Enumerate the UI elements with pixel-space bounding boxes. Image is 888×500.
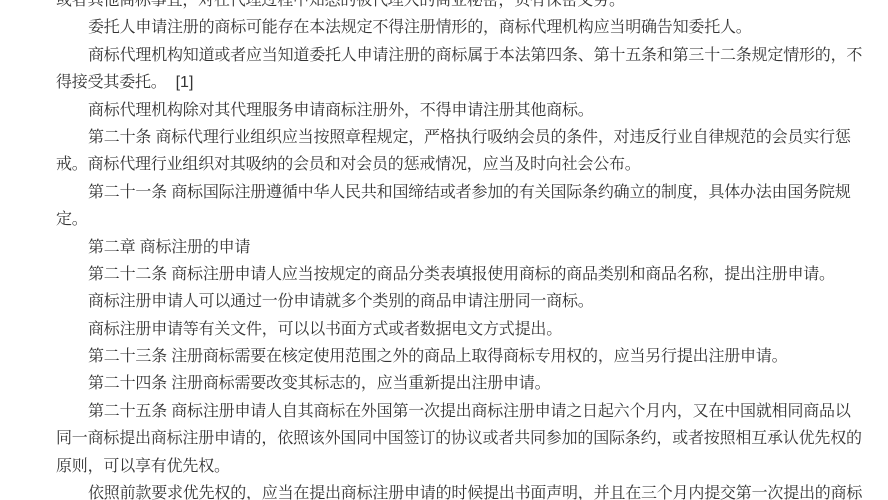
text-line-content: 得接受其委托。 — [56, 74, 167, 91]
text-line: 第二十五条 商标注册申请人自其商标在外国第一次提出商标注册申请之日起六个月内，又… — [56, 398, 856, 425]
text-line: 委托人申请注册的商标可能存在本法规定不得注册情形的，商标代理机构应当明确告知委托… — [56, 14, 856, 41]
text-line-content: 委托人申请注册的商标可能存在本法规定不得注册情形的，商标代理机构应当明确告知委托… — [88, 19, 752, 36]
text-line: 商标代理机构知道或者应当知道委托人申请注册的商标属于本法第四条、第十五条和第三十… — [56, 42, 856, 69]
citation-ref[interactable]: [1] — [176, 74, 194, 91]
text-line-content: 第二十三条 注册商标需要在核定使用范围之外的商品上取得商标专用权的，应当另行提出… — [88, 348, 787, 365]
text-line-content: 第二十二条 商标注册申请人应当按规定的商品分类表填报使用商标的商品类别和商品名称… — [88, 266, 835, 283]
text-line-content: 依照前款要求优先权的，应当在提出商标注册申请的时候提出书面声明，并且在三个月内提… — [88, 485, 862, 500]
text-line-content: 原则，可以享有优先权。 — [56, 458, 230, 475]
text-line-content: 商标代理机构知道或者应当知道委托人申请注册的商标属于本法第四条、第十五条和第三十… — [88, 47, 862, 64]
text-line: 得接受其委托。[1] — [56, 69, 856, 96]
text-line-content: 第二十条 商标代理行业组织应当按照章程规定，严格执行吸纳会员的条件，对违反行业自… — [88, 129, 851, 146]
text-line-content: 第二十一条 商标国际注册遵循中华人民共和国缔结或者参加的有关国际条约确立的制度，… — [88, 184, 851, 201]
text-line: 商标注册申请等有关文件，可以以书面方式或者数据电文方式提出。 — [56, 316, 856, 343]
text-line: 依照前款要求优先权的，应当在提出商标注册申请的时候提出书面声明，并且在三个月内提… — [56, 480, 856, 500]
text-line: 商标注册申请人可以通过一份申请就多个类别的商品申请注册同一商标。 — [56, 288, 856, 315]
text-line: 第二章 商标注册的申请 — [56, 234, 856, 261]
text-line: 原则，可以享有优先权。 — [56, 453, 856, 480]
text-line: 第二十一条 商标国际注册遵循中华人民共和国缔结或者参加的有关国际条约确立的制度，… — [56, 179, 856, 206]
text-line: 商标代理机构除对其代理服务申请商标注册外，不得申请注册其他商标。 — [56, 97, 856, 124]
text-line-content: 第二十五条 商标注册申请人自其商标在外国第一次提出商标注册申请之日起六个月内，又… — [88, 403, 851, 420]
text-line-content: 或者其他商标事宜，对在代理过程中知悉的被代理人的商业秘密，负有保密义务。 — [56, 0, 625, 9]
text-line: 第二十四条 注册商标需要改变其标志的，应当重新提出注册申请。 — [56, 370, 856, 397]
document-page: 或者其他商标事宜，对在代理过程中知悉的被代理人的商业秘密，负有保密义务。委托人申… — [0, 0, 888, 500]
text-line: 第二十二条 商标注册申请人应当按规定的商品分类表填报使用商标的商品类别和商品名称… — [56, 261, 856, 288]
text-line-content: 同一商标提出商标注册申请的，依照该外国同中国签订的协议或者共同参加的国际条约，或… — [56, 430, 862, 447]
text-line-content: 第二章 商标注册的申请 — [88, 239, 250, 256]
text-line-content: 商标代理机构除对其代理服务申请商标注册外，不得申请注册其他商标。 — [88, 102, 594, 119]
text-line: 或者其他商标事宜，对在代理过程中知悉的被代理人的商业秘密，负有保密义务。 — [56, 0, 856, 14]
text-line-content: 第二十四条 注册商标需要改变其标志的，应当重新提出注册申请。 — [88, 375, 550, 392]
text-line: 第二十三条 注册商标需要在核定使用范围之外的商品上取得商标专用权的，应当另行提出… — [56, 343, 856, 370]
text-line-content: 商标注册申请等有关文件，可以以书面方式或者数据电文方式提出。 — [88, 321, 562, 338]
text-line: 第二十条 商标代理行业组织应当按照章程规定，严格执行吸纳会员的条件，对违反行业自… — [56, 124, 856, 151]
text-line-content: 商标注册申请人可以通过一份申请就多个类别的商品申请注册同一商标。 — [88, 293, 594, 310]
text-line: 定。 — [56, 206, 856, 233]
text-line-content: 定。 — [56, 211, 88, 228]
text-line: 戒。商标代理行业组织对其吸纳的会员和对会员的惩戒情况，应当及时向社会公布。 — [56, 151, 856, 178]
text-line-content: 戒。商标代理行业组织对其吸纳的会员和对会员的惩戒情况，应当及时向社会公布。 — [56, 156, 641, 173]
text-line: 同一商标提出商标注册申请的，依照该外国同中国签订的协议或者共同参加的国际条约，或… — [56, 425, 856, 452]
article-text: 或者其他商标事宜，对在代理过程中知悉的被代理人的商业秘密，负有保密义务。委托人申… — [56, 0, 856, 500]
